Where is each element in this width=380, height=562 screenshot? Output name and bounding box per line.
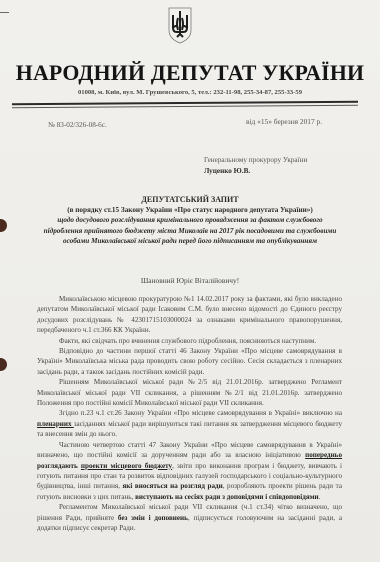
punch-hole <box>0 358 7 371</box>
trident-coat-of-arms-icon <box>167 6 193 44</box>
text-run: засіданнях міської ради вирішуються такі… <box>37 420 342 438</box>
paragraph: Відповідно до частини першої статті 46 З… <box>37 346 342 377</box>
paragraph: Факти, які свідчать про вчинення службов… <box>37 336 342 346</box>
greeting: Шановний Юріє Віталійовичу! <box>0 276 380 285</box>
paragraph: Згідно п.23 ч.1 ст.26 Закону України «Пр… <box>37 408 342 439</box>
emphasis-bold: без змін і доповнень <box>118 514 188 522</box>
request-subtitle: (в порядку ст.15 Закону України «Про ста… <box>40 205 340 247</box>
divider <box>12 105 358 108</box>
emphasis-underlined: попередньо <box>305 451 342 459</box>
document-number: № 83-02/326-08-6с. <box>48 121 107 129</box>
addressee-block: Генеральному прокурору України Луценко Ю… <box>204 155 307 177</box>
letter-body: Миколаївською місцевою прокуратурою №1 1… <box>37 294 342 533</box>
addressee-name: Луценко Ю.В. <box>204 166 307 177</box>
paragraph: Частиною четвертою статті 47 Закону Укра… <box>37 440 342 502</box>
text-run: . <box>319 493 321 501</box>
document-page: НАРОДНИЙ ДЕПУТАТ УКРАЇНИ 01008, м. Київ,… <box>0 0 380 562</box>
punch-hole <box>0 219 7 232</box>
emphasis-underlined: проекти місцевого бюджету <box>81 462 172 470</box>
text-run: Частиною четвертою статті 47 Закону Укра… <box>37 441 342 459</box>
paragraph: Миколаївською місцевою прокуратурою №1 1… <box>37 294 342 336</box>
staple-mark <box>0 12 9 13</box>
emphasis-underlined: пленарних <box>37 420 74 428</box>
text-run: Згідно п.23 ч.1 ст.26 Закону України «Пр… <box>59 409 342 417</box>
document-date: від «15» березня 2017 р. <box>246 117 322 126</box>
request-basis: (в порядку ст.15 Закону України «Про ста… <box>40 205 340 215</box>
paragraph: Рішенням Миколаївської міської ради №2/5… <box>37 377 342 408</box>
letterhead-address: 01008, м. Київ, вул. М. Грушевського, 5,… <box>0 89 380 96</box>
request-title: ДЕПУТАТСЬКИЙ ЗАПИТ <box>0 195 380 204</box>
letterhead-title: НАРОДНИЙ ДЕПУТАТ УКРАЇНИ <box>6 60 375 86</box>
emphasis-bold: виступають на сесіях ради з доповідями і… <box>135 493 319 501</box>
paragraph: Регламентом Миколаївської міської ради V… <box>37 502 342 533</box>
addressee-position: Генеральному прокурору України <box>204 155 307 166</box>
request-subject: щодо досудового розслідування кримінальн… <box>40 215 340 246</box>
emphasis-bold: які вносяться на розгляд ради <box>122 482 222 490</box>
emphasis-bold: розглядають <box>37 462 78 470</box>
